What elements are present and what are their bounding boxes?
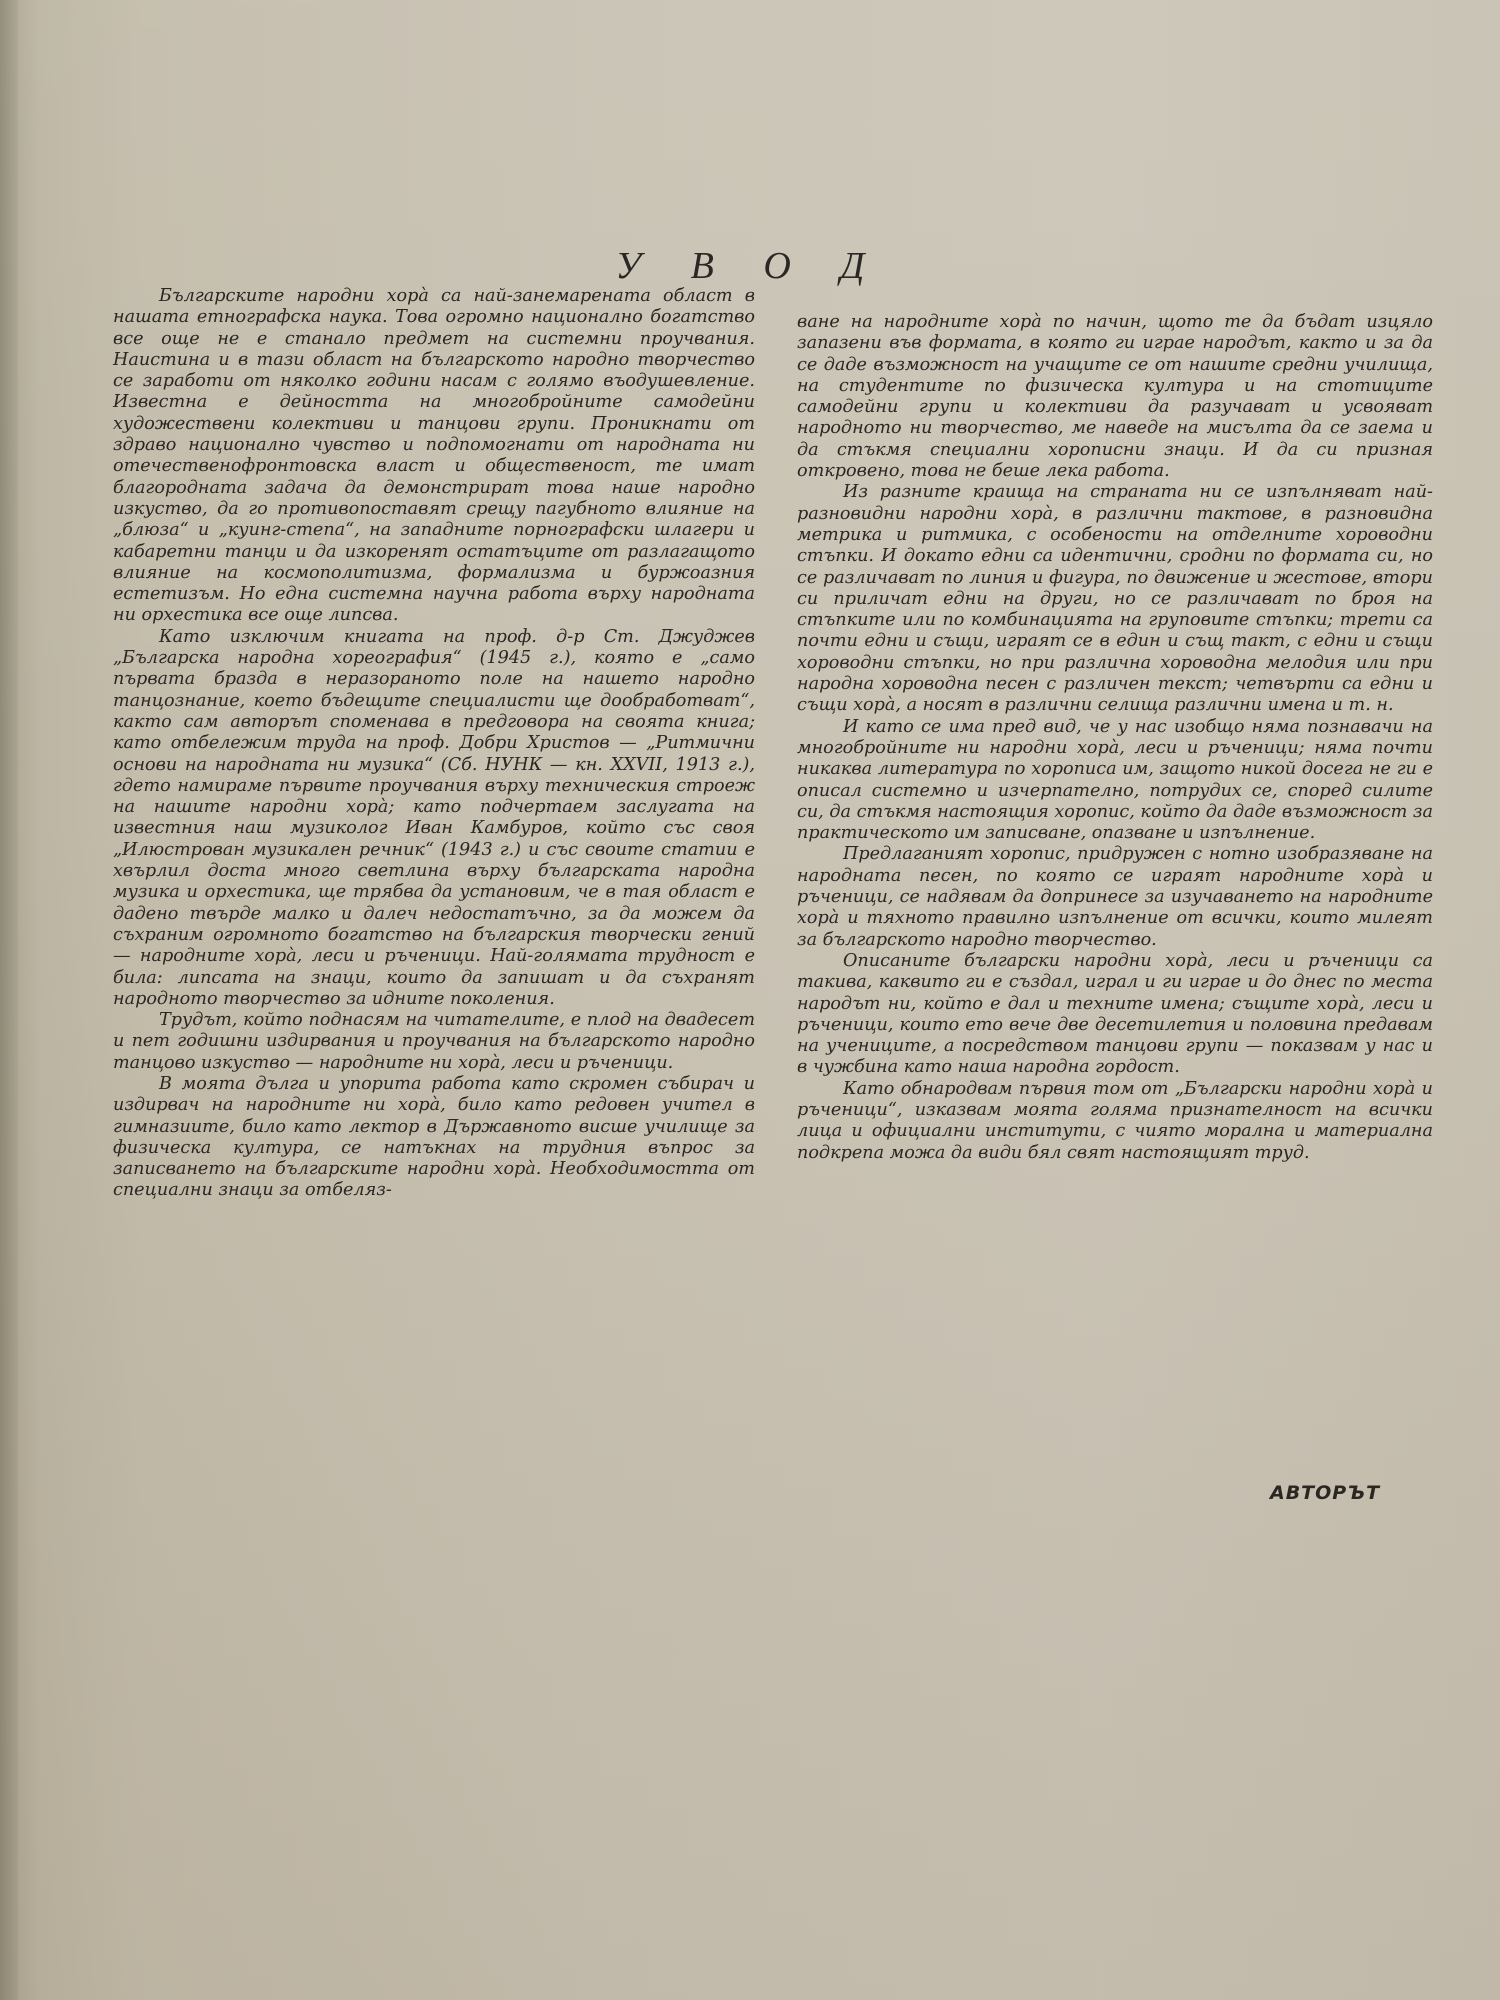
- paragraph: Описаните български народни хорà, леси и…: [797, 951, 1433, 1079]
- paragraph: Из разните краища на страната ни се изпъ…: [797, 482, 1433, 716]
- author-signature: АВТОРЪТ: [1270, 1482, 1380, 1504]
- left-column: Българските народни хорà са най-занемаре…: [113, 286, 755, 1202]
- right-column: ване на народните хорà по начин, щото те…: [797, 312, 1433, 1164]
- paragraph: Трудът, който поднасям на читателите, е …: [113, 1010, 755, 1074]
- paragraph-continued: ване на народните хорà по начин, щото те…: [797, 312, 1433, 482]
- paragraph: Българските народни хорà са най-занемаре…: [113, 286, 755, 627]
- page-title: У В О Д: [0, 244, 1500, 288]
- paragraph: Като обнародвам първия том от „Български…: [797, 1079, 1433, 1164]
- paragraph: И като се има пред вид, че у нас изобщо …: [797, 717, 1433, 845]
- paragraph: В моята дълга и упорита работа като скро…: [113, 1074, 755, 1202]
- page-fold-shadow: [0, 0, 18, 2000]
- paragraph: Като изключим книгата на проф. д-р Ст. Д…: [113, 627, 755, 1010]
- paragraph: Предлаганият хоропис, придружен с нотно …: [797, 844, 1433, 950]
